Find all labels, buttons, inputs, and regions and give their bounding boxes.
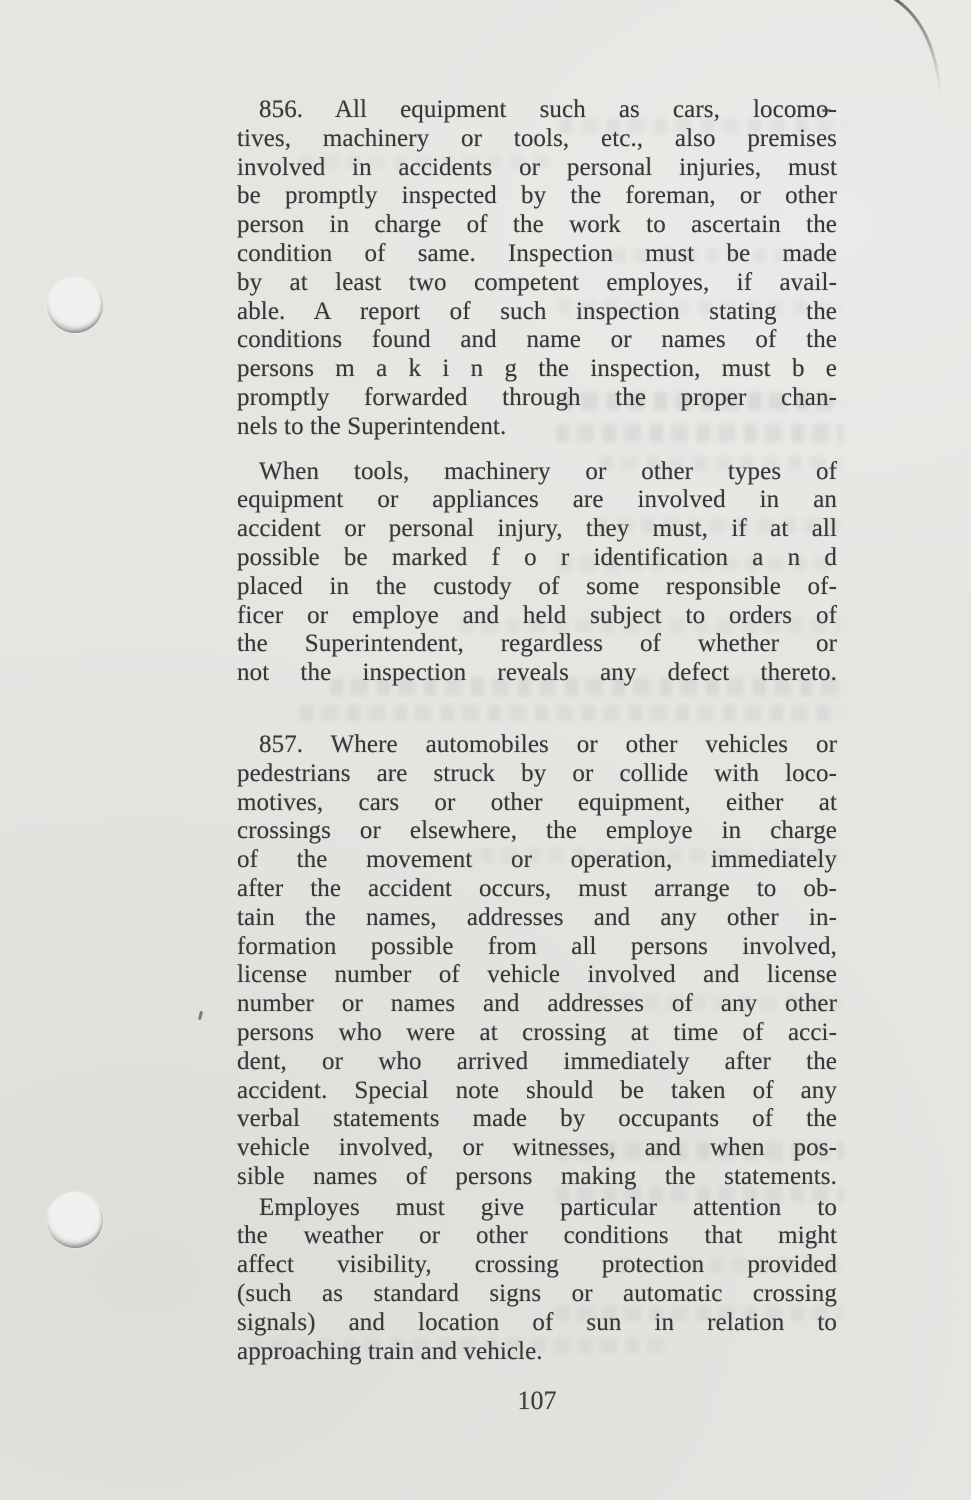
- text-line: conditions found and name or names of th…: [237, 326, 837, 355]
- text-line: promptly forwarded through the proper ch…: [237, 384, 837, 413]
- text-line: number or names and addresses of any oth…: [237, 990, 837, 1019]
- text-line: crossings or elsewhere, the employe in c…: [237, 817, 837, 846]
- body-text: 856. All equipment such as cars, locomo-…: [237, 96, 837, 1366]
- text-line: ficer or employe and held subject to ord…: [237, 602, 837, 631]
- text-line: When tools, machinery or other types of: [237, 458, 837, 487]
- text-line: placed in the custody of some responsibl…: [237, 573, 837, 602]
- text-line: pedestrians are struck by or collide wit…: [237, 760, 837, 789]
- text-line: motives, cars or other equipment, either…: [237, 789, 837, 818]
- text-line: nels to the Superintendent.: [237, 413, 837, 442]
- text-line: be promptly inspected by the foreman, or…: [237, 182, 837, 211]
- text-line: person in charge of the work to ascertai…: [237, 211, 837, 240]
- text-line: vehicle involved, or witnesses, and when…: [237, 1134, 837, 1163]
- text-line: tain the names, addresses and any other …: [237, 904, 837, 933]
- paragraph-rule-856: 856. All equipment such as cars, locomo-…: [237, 96, 837, 442]
- text-line: involved in accidents or personal injuri…: [237, 154, 837, 183]
- punch-hole-bottom: [47, 1192, 103, 1248]
- punch-hole-top: [47, 277, 103, 333]
- text-line: sible names of persons making the statem…: [237, 1163, 837, 1192]
- paragraph-rule-856-continued: When tools, machinery or other types ofe…: [237, 458, 837, 688]
- text-line: approaching train and vehicle.: [237, 1338, 837, 1367]
- scanned-book-page: 856. All equipment such as cars, locomo-…: [0, 0, 971, 1500]
- text-line: possible be marked f o r identification …: [237, 544, 837, 573]
- text-line: persons m a k i n g the inspection, must…: [237, 355, 837, 384]
- paragraph-rule-857-continued: Employes must give particular attention …: [237, 1194, 837, 1367]
- page-number: 107: [237, 1386, 837, 1416]
- text-line: accident or personal injury, they must, …: [237, 515, 837, 544]
- stray-apostrophe-mark: [198, 1011, 203, 1020]
- text-line: verbal statements made by occupants of t…: [237, 1105, 837, 1134]
- text-line: accident. Special note should be taken o…: [237, 1077, 837, 1106]
- text-line: condition of same. Inspection must be ma…: [237, 240, 837, 269]
- text-line: (such as standard signs or automatic cro…: [237, 1280, 837, 1309]
- text-line: the weather or other conditions that mig…: [237, 1222, 837, 1251]
- text-line: dent, or who arrived immediately after t…: [237, 1048, 837, 1077]
- paragraph-rule-857: 857. Where automobiles or other vehicles…: [237, 731, 837, 1192]
- text-line: Employes must give particular attention …: [237, 1194, 837, 1223]
- text-line: persons who were at crossing at time of …: [237, 1019, 837, 1048]
- text-line: by at least two competent employes, if a…: [237, 269, 837, 298]
- text-line: 857. Where automobiles or other vehicles…: [237, 731, 837, 760]
- text-line: not the inspection reveals any defect th…: [237, 659, 837, 688]
- text-line: able. A report of such inspection statin…: [237, 298, 837, 327]
- text-line: the Superintendent, regardless of whethe…: [237, 630, 837, 659]
- text-line: tives, machinery or tools, etc., also pr…: [237, 125, 837, 154]
- text-line: license number of vehicle involved and l…: [237, 961, 837, 990]
- text-line: affect visibility, crossing protection p…: [237, 1251, 837, 1280]
- text-line: equipment or appliances are involved in …: [237, 486, 837, 515]
- text-line: formation possible from all persons invo…: [237, 933, 837, 962]
- text-line: of the movement or operation, immediatel…: [237, 846, 837, 875]
- text-line: after the accident occurs, must arrange …: [237, 875, 837, 904]
- text-line: signals) and location of sun in relation…: [237, 1309, 837, 1338]
- text-line: 856. All equipment such as cars, locomo-: [237, 96, 837, 125]
